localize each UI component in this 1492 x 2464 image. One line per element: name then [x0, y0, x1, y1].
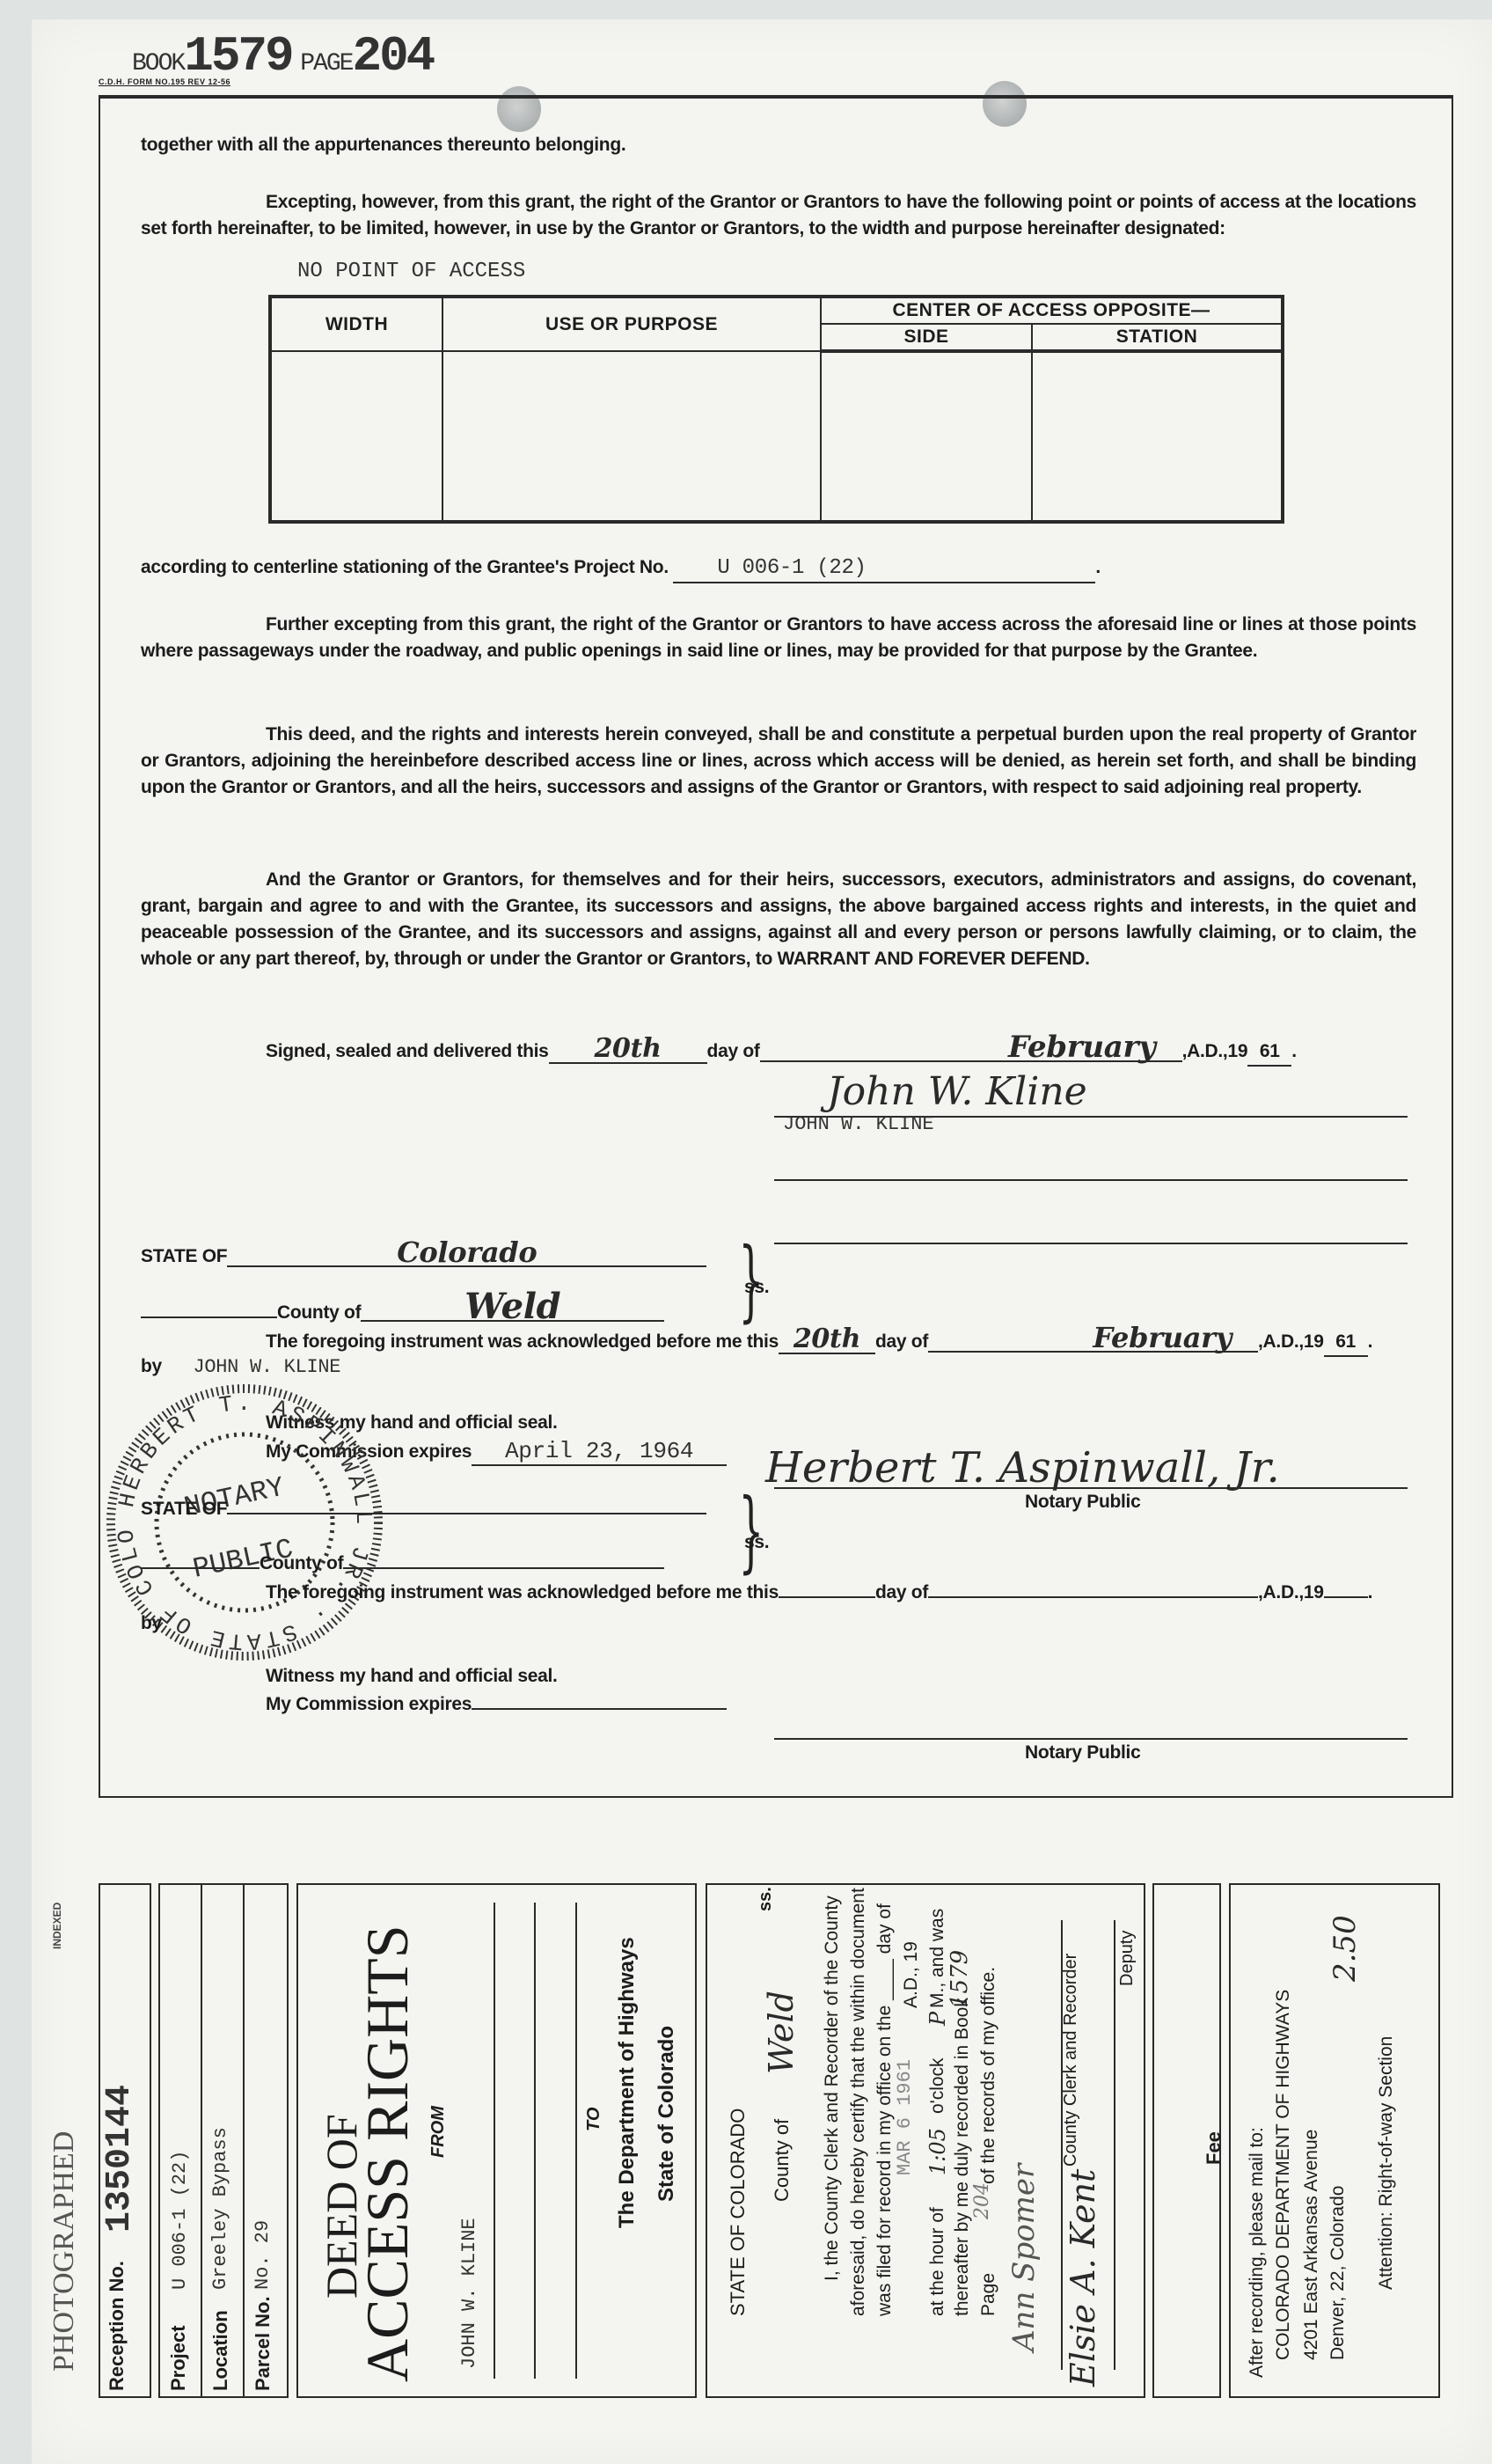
- from-name: JOHN W. KLINE: [458, 2218, 480, 2369]
- mail-line4: Denver, 22, Colorado: [1327, 2186, 1349, 2360]
- ack1-state-value: Colorado: [227, 1239, 706, 1267]
- recorder-ss: ss.: [756, 1887, 776, 1911]
- deed-title-line2: ACCESS RIGHTS: [353, 1925, 422, 2382]
- ack1-county-value: Weld: [361, 1294, 664, 1322]
- ack1-county-label: County of: [277, 1302, 361, 1323]
- oclock-label: o'clock: [927, 2057, 948, 2114]
- ack2-day-of-label: day of: [875, 1582, 928, 1602]
- ack2-county-line: County of: [141, 1551, 664, 1577]
- location-label: Location: [209, 2310, 232, 2391]
- column-group-center-of-access: CENTER OF ACCESS OPPOSITE—: [821, 297, 1283, 324]
- fee-box: Fee: [1152, 1883, 1221, 2398]
- parcel-value: No. 29: [252, 2220, 274, 2290]
- column-use-or-purpose: USE OR PURPOSE: [442, 297, 821, 351]
- filing-stub: Reception No. 1350144 Project U 006-1 (2…: [99, 1883, 1453, 2402]
- cell-station: [1032, 351, 1283, 522]
- page-label: PAGE: [300, 50, 352, 77]
- ack2-foregoing-line: The foregoing instrument was acknowledge…: [266, 1580, 1372, 1606]
- ack1-by-name: JOHN W. KLINE: [193, 1356, 340, 1378]
- ack1-notary-label: Notary Public: [1025, 1489, 1140, 1515]
- mail-to-box: After recording, please mail to: COLORAD…: [1229, 1883, 1440, 2398]
- column-width: WIDTH: [270, 297, 442, 351]
- hour-value: 1:05: [925, 2128, 950, 2175]
- cert-line1: I, the County Clerk and Recorder of the …: [822, 1896, 843, 2281]
- mail-attention: Attention: Right-of-way Section: [1376, 2036, 1397, 2290]
- book-label: BOOK: [132, 50, 184, 77]
- project-line-label: according to centerline stationing of th…: [141, 557, 669, 577]
- project-value: U 006-1 (22): [169, 2151, 191, 2290]
- ack2-state-label: STATE OF: [141, 1499, 227, 1519]
- reception-box: Reception No. 1350144: [99, 1883, 151, 2398]
- ack1-state-line: STATE OFColorado: [141, 1239, 706, 1270]
- ack1-commission-date: April 23, 1964: [472, 1438, 727, 1466]
- project-label: Project: [167, 2325, 190, 2391]
- stub-stamps: PHOTOGRAPHED INDEXED: [44, 1857, 106, 2429]
- recorder-county-value: Weld: [762, 1991, 801, 2074]
- ack2-county-label: County of: [260, 1553, 343, 1573]
- ack1-month: February: [928, 1324, 1258, 1353]
- grantor-signature: John W. Kline: [827, 1069, 1087, 1114]
- cert-line2: aforesaid, do hereby certify that the wi…: [848, 1888, 869, 2316]
- ack2-commission-label: My Commission expires: [266, 1694, 472, 1714]
- grantee-line2: State of Colorado: [655, 2026, 679, 2202]
- project-location-parcel-box: Project U 006-1 (22) Location Greeley By…: [158, 1883, 289, 2398]
- column-side: SIDE: [821, 324, 1032, 351]
- ack1-foregoing-line: The foregoing instrument was acknowledge…: [266, 1324, 1372, 1357]
- ack2-by-label: by: [141, 1610, 162, 1637]
- ad-label: ,A.D.,19: [1182, 1041, 1248, 1061]
- cell-width: [270, 351, 442, 522]
- book-page-stamp: BOOK1579 PAGE204: [132, 28, 433, 84]
- project-line: according to centerline stationing of th…: [141, 554, 1101, 583]
- recorded-label: thereafter by me duly recorded in Book: [952, 1998, 973, 2316]
- excepting-paragraph: Excepting, however, from this grant, the…: [141, 189, 1416, 242]
- recorder-certificate-box: STATE OF COLORADO County of Weld ss. I, …: [706, 1883, 1145, 2398]
- deputy-signature: Elsie A. Kent: [1064, 2169, 1102, 2387]
- ack1-ss: ss.: [744, 1274, 769, 1301]
- indexed-stamp: INDEXED: [51, 1903, 63, 1949]
- ack2-notary-label: Notary Public: [1025, 1740, 1140, 1766]
- ack1-by-line: by JOHN W. KLINE: [141, 1353, 340, 1381]
- page-number: 204: [352, 28, 433, 84]
- to-label: TO: [584, 2108, 604, 2131]
- cert-line3: was filed for record in my office on the…: [874, 1903, 896, 2316]
- records-label: of the records of my office.: [978, 1967, 999, 2184]
- no-access-note: NO POINT OF ACCESS: [297, 260, 525, 283]
- ack1-year: 61: [1324, 1329, 1368, 1357]
- ampm-value: P: [925, 2012, 950, 2026]
- signing-day: 20th: [549, 1036, 707, 1064]
- cell-use: [442, 351, 821, 522]
- mail-line2: COLORADO DEPARTMENT OF HIGHWAYS: [1273, 1990, 1294, 2360]
- mail-line1: After recording, please mail to:: [1247, 2127, 1268, 2378]
- signing-month: February: [760, 1034, 1182, 1062]
- ack1-day: 20th: [779, 1326, 875, 1354]
- hour-label: at the hour of: [927, 2207, 948, 2316]
- photographed-stamp: PHOTOGRAPHED: [48, 2131, 81, 2372]
- fee-label: Fee: [1203, 2131, 1225, 2165]
- book-number: 1579: [184, 28, 291, 84]
- clerk-label: County Clerk and Recorder: [1061, 1954, 1081, 2167]
- parcel-label: Parcel No.: [252, 2296, 274, 2391]
- notary-signature: Herbert T. Aspinwall, Jr.: [765, 1443, 1280, 1492]
- burden-paragraph: This deed, and the rights and interests …: [141, 722, 1416, 801]
- recorder-page-label: Page: [978, 2273, 999, 2316]
- day-of-label: day of: [707, 1041, 760, 1061]
- project-number: U 006-1 (22): [673, 555, 1095, 583]
- filed-date-stamp: MAR 6 1961: [894, 2059, 916, 2175]
- ack1-foregoing-label: The foregoing instrument was acknowledge…: [266, 1331, 779, 1352]
- ack1-state-label: STATE OF: [141, 1246, 227, 1266]
- recorded-book: 1579: [947, 1950, 973, 2008]
- from-label: FROM: [428, 2106, 449, 2158]
- ack2-ad-label: ,A.D.,19: [1258, 1582, 1324, 1602]
- grantee-line1: The Department of Highways: [615, 1937, 640, 2228]
- deputy-label: Deputy: [1117, 1931, 1137, 1986]
- form-number: C.D.H. FORM NO.195 REV 12-56: [99, 77, 230, 86]
- table-row: [270, 351, 1283, 522]
- ack2-state-line: STATE OF: [141, 1496, 706, 1522]
- column-station: STATION: [1032, 324, 1283, 351]
- ack1-day-of-label: day of: [875, 1331, 928, 1352]
- grantor-typed-name: JOHN W. KLINE: [783, 1113, 934, 1135]
- ack1-county-line: County ofWeld: [141, 1294, 664, 1326]
- signing-year: 61: [1247, 1038, 1291, 1067]
- ack2-foregoing-label: The foregoing instrument was acknowledge…: [266, 1582, 779, 1602]
- signing-line: Signed, sealed and delivered this20thday…: [266, 1034, 1297, 1067]
- deed-title-box: DEED OF ACCESS RIGHTS FROM JOHN W. KLINE…: [296, 1883, 697, 2398]
- clerk-signature: Ann Spomer: [1006, 2164, 1042, 2351]
- opening-line: together with all the appurtenances ther…: [141, 132, 625, 158]
- recorder-page-value: 204: [971, 2182, 993, 2219]
- covenant-paragraph: And the Grantor or Grantors, for themsel…: [141, 867, 1416, 972]
- further-excepting-paragraph: Further excepting from this grant, the r…: [141, 612, 1416, 664]
- ack2-witness: Witness my hand and official seal.: [266, 1663, 558, 1690]
- signing-label: Signed, sealed and delivered this: [266, 1041, 549, 1061]
- mail-line3: 4201 East Arkansas Avenue: [1301, 2130, 1322, 2360]
- recorder-ad-label: A.D., 19: [901, 1941, 922, 2008]
- ack2-ss: ss.: [744, 1529, 769, 1556]
- ack1-by-label: by: [141, 1356, 162, 1376]
- second-signature-line: [774, 1179, 1408, 1181]
- third-signature-line: [774, 1243, 1408, 1244]
- m-label: M., and was: [927, 1909, 948, 2008]
- cell-side: [821, 351, 1032, 522]
- access-points-table: WIDTH USE OR PURPOSE CENTER OF ACCESS OP…: [268, 295, 1284, 524]
- reception-number: 1350144: [100, 2085, 140, 2233]
- ack2-commission-line: My Commission expires: [266, 1691, 727, 1718]
- recorder-county-label: County of: [771, 2119, 794, 2202]
- location-value: Greeley Bypass: [209, 2127, 231, 2290]
- ack1-ad-label: ,A.D.,19: [1258, 1331, 1324, 1352]
- reception-label: Reception No.: [106, 2261, 128, 2391]
- handwritten-fee-note: 2.50: [1327, 1915, 1363, 1982]
- recorder-state-label: STATE OF COLORADO: [727, 2108, 750, 2316]
